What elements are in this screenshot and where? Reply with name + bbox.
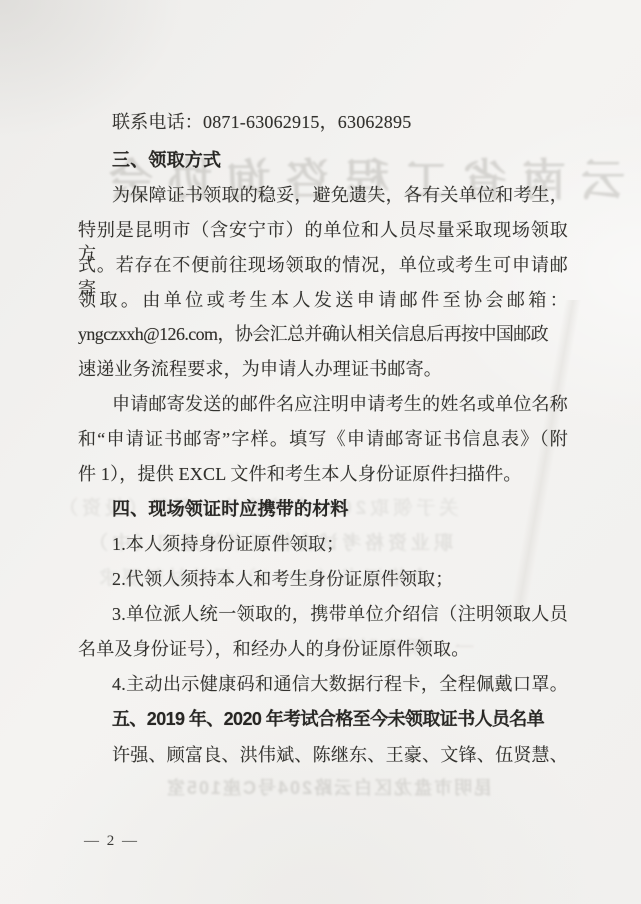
section-3-heading: 三、领取方式 — [112, 148, 568, 172]
paragraph-line: 为保障证书领取的稳妥，避免遗失，各有关单位和考生， — [112, 183, 568, 207]
page-number: — 2 — — [84, 833, 139, 850]
list-item: 3.单位派人统一领取的，携带单位介绍信（注明领取人员 — [112, 602, 568, 626]
paragraph-line: 领取。由单位或考生本人发送申请邮件至协会邮箱： — [78, 288, 568, 312]
paragraph-line: 和“申请证书邮寄”字样。填写《申请邮寄证书信息表》（附 — [78, 427, 568, 451]
list-item: 1.本人须持身份证原件领取； — [112, 532, 568, 556]
list-item-continuation: 名单及身份证号），和经办人的身份证原件领取。 — [78, 637, 568, 661]
paragraph-line: 件 1），提供 EXCL 文件和考生本人身份证原件扫描件。 — [78, 462, 568, 486]
names-line: 许强、顾富良、洪伟斌、陈继东、王豪、文锋、伍贤慧、 — [112, 743, 568, 767]
section-4-heading: 四、现场领证时应携带的材料 — [112, 497, 568, 521]
paragraph-line: 申请邮寄发送的邮件名应注明申请考生的姓名或单位名称 — [112, 392, 568, 416]
email-line: yngczxxh@126.com，协会汇总并确认相关信息后再按中国邮政 — [78, 322, 568, 346]
list-item: 4.主动出示健康码和通信大数据行程卡，全程佩戴口罩。 — [112, 672, 568, 696]
paragraph-line: 速递业务流程要求，为申请人办理证书邮寄。 — [78, 357, 568, 381]
contact-phone-line: 联系电话：0871-63062915，63062895 — [112, 110, 568, 134]
bleedthrough-address: 昆明市盘龙区白云路204号C座105室 — [165, 774, 492, 800]
list-item: 2.代领人须持本人和考生身份证原件领取； — [112, 567, 568, 591]
section-5-heading: 五、2019 年、2020 年考试合格至今未领取证书人员名单 — [112, 707, 568, 731]
scanned-document-page: 云南省工程咨询协会 关于领取2021年度咨询工程师（投资） 职业资格考试合格证书… — [0, 0, 641, 904]
